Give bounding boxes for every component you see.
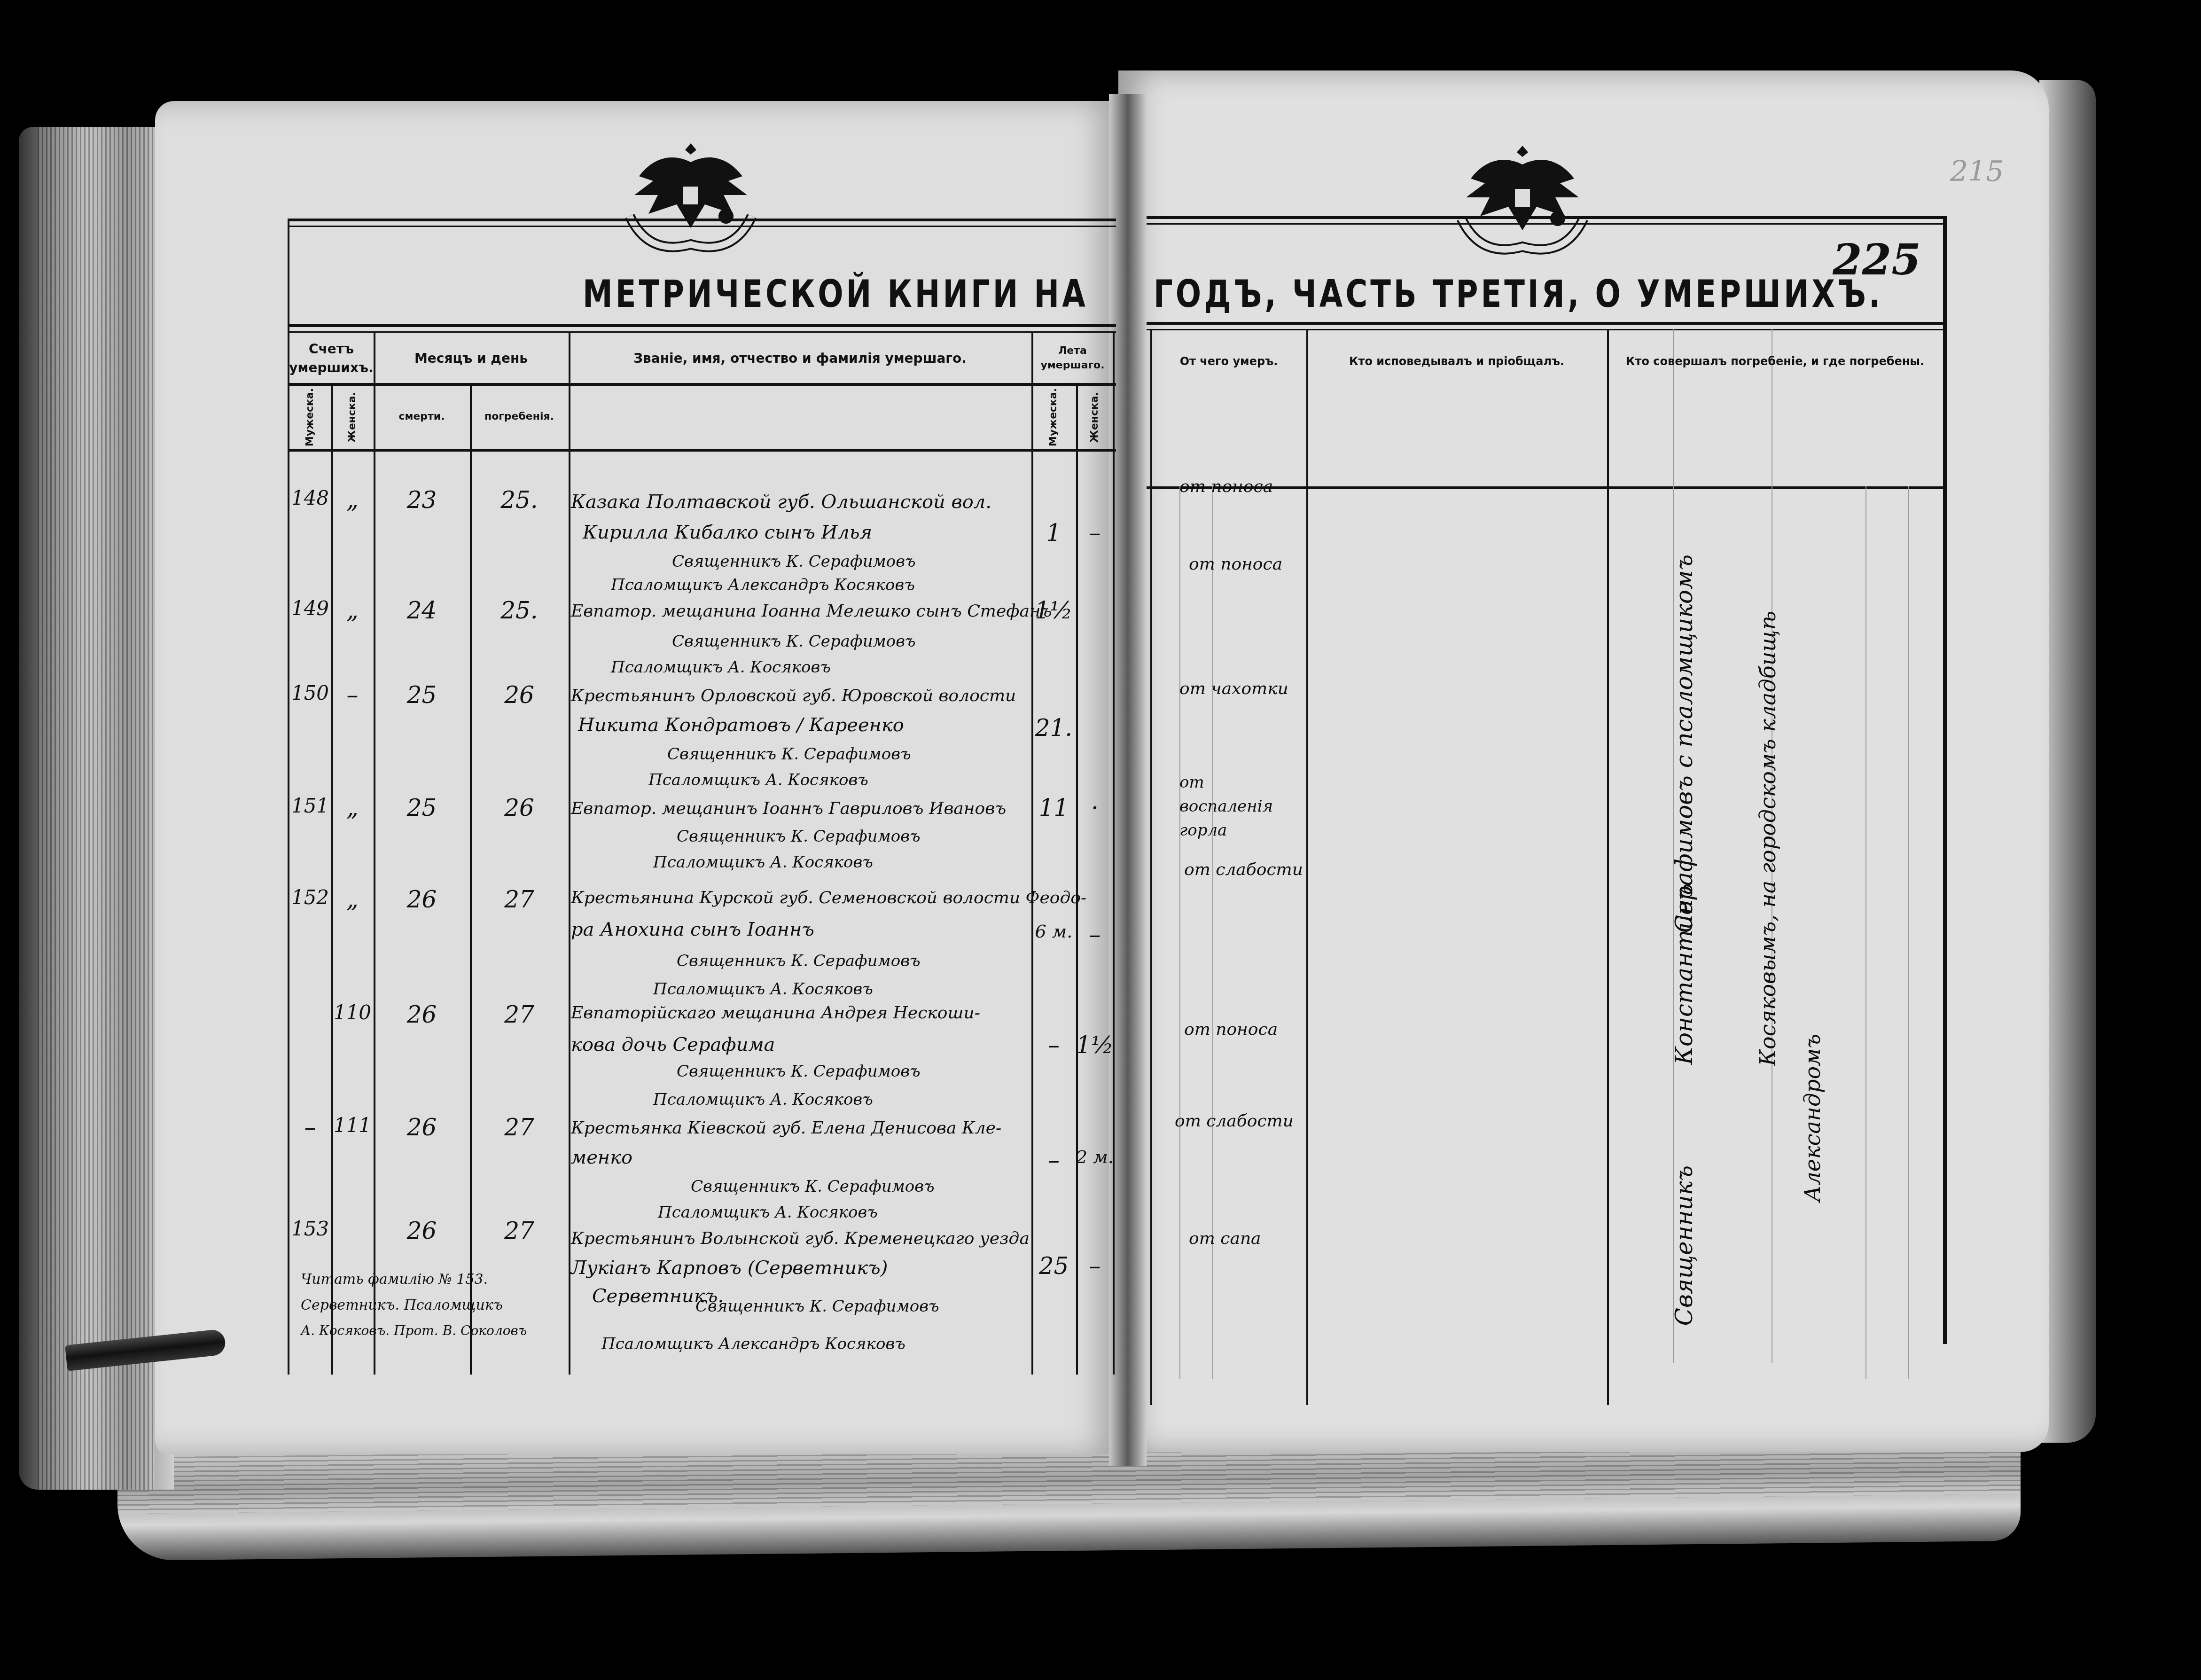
col-divider	[1150, 329, 1152, 1405]
header-age-female: Женска.	[1076, 385, 1114, 449]
header-cause: От чего умеръ.	[1151, 334, 1306, 390]
cause-of-death: от слабости	[1184, 860, 1303, 879]
death-day: 26	[374, 1114, 470, 1141]
header-burial: погребенія.	[470, 385, 569, 449]
psalmist-signature: Псаломщикъ А. Косяковъ	[653, 980, 873, 999]
psalmist-signature: Псаломщикъ А. Косяковъ	[653, 853, 873, 872]
psalmist-signature: Псаломщикъ А. Косяковъ	[658, 1203, 878, 1222]
burial-day: 26	[470, 681, 569, 709]
book-page-edges-left	[19, 127, 174, 1490]
burial-day: 27	[470, 1114, 569, 1141]
age-female: –	[1076, 1252, 1114, 1280]
right-header-rule	[1147, 322, 1945, 325]
cause-of-death: от воспаленія горла	[1179, 771, 1297, 843]
female-number: „	[331, 794, 374, 821]
priest-signature: Священникъ К. Серафимовъ	[672, 632, 916, 651]
psalmist-signature: Псаломщикъ А. Косяковъ	[611, 658, 831, 677]
priest-signature: Священникъ К. Серафимовъ	[677, 952, 921, 970]
cause-of-death: от поноса	[1179, 477, 1273, 496]
right-top-rule	[1147, 216, 1945, 219]
burial-day: 25.	[470, 597, 569, 624]
burial-day: 27	[470, 1217, 569, 1244]
left-top-rule-thin	[289, 226, 1116, 227]
header-age-male: Мужеска.	[1031, 385, 1076, 449]
header-age: Лета умершаго.	[1031, 334, 1114, 383]
age-male: –	[1031, 1147, 1076, 1174]
right-outer-border	[1943, 216, 1947, 1344]
vertical-note-priest: Священникъ	[1670, 1165, 1698, 1326]
psalmist-signature: Псаломщикъ А. Косяковъ	[653, 1090, 873, 1109]
vertical-note-psalmist: Александромъ	[1800, 1034, 1825, 1202]
col-divider	[331, 383, 333, 1375]
male-number: 152	[289, 886, 331, 909]
age-male: 25	[1031, 1252, 1076, 1280]
faint-col-divider	[1865, 486, 1866, 1379]
age-female: –	[1076, 519, 1114, 547]
death-day: 26	[374, 1217, 470, 1244]
age-female: ·	[1076, 794, 1114, 821]
male-number: 150	[289, 681, 331, 704]
death-day: 26	[374, 886, 470, 913]
cause-of-death: от поноса	[1189, 555, 1282, 574]
male-number: 149	[289, 597, 331, 620]
vertical-note-burial-place: Косяковымъ, на городскомъ кладбищѣ	[1755, 611, 1780, 1066]
burial-day: 26	[470, 794, 569, 821]
priest-signature: Священникъ К. Серафимовъ	[695, 1297, 939, 1316]
margin-note-line: Серветникъ. Псаломщикъ	[301, 1297, 503, 1313]
age-male: 11	[1031, 794, 1076, 821]
burial-day: 27	[470, 886, 569, 913]
age-male: –	[1031, 1031, 1076, 1059]
deceased-name-line: Лукіанъ Карповъ (Серветникъ)	[571, 1257, 888, 1279]
deceased-name-line: ра Анохина сынъ Іоаннъ	[571, 919, 814, 940]
header-count-male: Мужеска.	[289, 385, 331, 449]
age-female: 2 м.	[1076, 1147, 1114, 1167]
priest-signature: Священникъ К. Серафимовъ	[677, 1062, 921, 1081]
age-male: 1	[1031, 519, 1076, 547]
priest-signature: Священникъ К. Серафимовъ	[672, 552, 916, 571]
book-spine	[1109, 94, 1147, 1466]
priest-signature: Священникъ К. Серафимовъ	[667, 745, 911, 764]
death-day: 25	[374, 794, 470, 821]
deceased-name-line: Крестьянина Курской губ. Семеновской вол…	[571, 888, 1086, 907]
faint-col-divider	[1908, 486, 1909, 1379]
double-headed-eagle-icon	[1452, 136, 1593, 263]
age-male: 6 м.	[1031, 921, 1076, 942]
header-confessor: Кто исповедывалъ и пріобщалъ.	[1306, 334, 1607, 390]
col-divider	[1306, 329, 1308, 1405]
priest-signature: Священникъ К. Серафимовъ	[691, 1177, 935, 1196]
col-divider	[1113, 331, 1115, 1375]
male-number: 151	[289, 794, 331, 817]
psalmist-signature: Псаломщикъ Александръ Косяковъ	[611, 576, 915, 594]
col-divider	[1031, 331, 1033, 1375]
header-count-female: Женска.	[331, 385, 374, 449]
burial-day: 25.	[470, 486, 569, 514]
deceased-name-line: Евпатор. мещанинъ Іоаннъ Гавриловъ Ивано…	[571, 799, 1006, 818]
cause-of-death: от сапа	[1189, 1229, 1261, 1248]
header-name: Званіе, имя, отчество и фамилія умершаго…	[569, 334, 1031, 383]
header-death: смерти.	[374, 385, 470, 449]
deceased-name-line: Крестьянинъ Орловской губ. Юровской воло…	[571, 686, 1016, 705]
male-number: 153	[289, 1217, 331, 1240]
cause-of-death: от чахотки	[1179, 679, 1288, 698]
female-number: 110	[331, 1001, 374, 1024]
header-burial-by: Кто совершалъ погребеніе, и где погребен…	[1607, 334, 1943, 390]
death-day: 23	[374, 486, 470, 514]
psalmist-signature: Псаломщикъ А. Косяковъ	[648, 771, 868, 789]
cause-of-death: от поноса	[1184, 1020, 1278, 1039]
vertical-note-firstname: Константинъ	[1670, 883, 1698, 1065]
deceased-name-line: Никита Кондратовъ / Кареенко	[578, 714, 904, 736]
deceased-name-line: Казака Полтавской губ. Ольшанской вол.	[571, 491, 991, 513]
header-count: Счетъ умершихъ.	[289, 334, 374, 383]
faint-col-divider	[1179, 486, 1180, 1379]
age-male: 21.	[1031, 714, 1076, 742]
death-day: 25	[374, 681, 470, 709]
age-female: 1½	[1076, 1031, 1114, 1059]
margin-note-line: Читать фамилію № 153.	[301, 1271, 488, 1288]
deceased-name-line: Крестьянинъ Волынской губ. Кременецкаго …	[571, 1229, 1030, 1248]
deceased-name-line: Евпаторійскаго мещанина Андрея Нескоши-	[571, 1003, 980, 1023]
left-top-rule	[289, 219, 1116, 221]
header-month-day: Месяцъ и день	[374, 334, 569, 383]
priest-signature: Священникъ К. Серафимовъ	[677, 827, 921, 846]
female-number: „	[331, 886, 374, 913]
female-number: 111	[331, 1114, 374, 1137]
cause-of-death: от слабости	[1175, 1111, 1294, 1131]
title-right: ГОДЪ, ЧАСТЬ ТРЕТІЯ, О УМЕРШИХЪ.	[1154, 273, 1883, 316]
age-female: –	[1076, 921, 1114, 948]
double-headed-eagle-icon	[620, 134, 761, 261]
left-header-rule-thin	[289, 331, 1116, 333]
age-male: 1½	[1031, 597, 1076, 624]
death-day: 24	[374, 597, 470, 624]
left-header-rule	[289, 324, 1116, 327]
burial-day: 27	[470, 1001, 569, 1028]
title-left: МЕТРИЧЕСКОЙ КНИГИ НА	[583, 273, 1088, 316]
margin-note-line: А. Косяковъ. Прот. В. Соколовъ	[301, 1323, 527, 1338]
male-number: –	[289, 1114, 331, 1141]
col-divider	[569, 331, 570, 1375]
female-number: „	[331, 597, 374, 624]
female-number: „	[331, 486, 374, 514]
female-number: –	[331, 681, 374, 709]
right-header-rule-thin	[1147, 329, 1945, 330]
deceased-name-line: Евпатор. мещанина Іоанна Мелешко сынъ Ст…	[571, 602, 1052, 621]
deceased-name-line: Кирилла Кибалко сынъ Илья	[583, 522, 872, 543]
death-day: 26	[374, 1001, 470, 1028]
deceased-name-line: кова дочь Серафима	[571, 1034, 775, 1055]
psalmist-signature: Псаломщикъ Александръ Косяковъ	[601, 1335, 905, 1353]
left-body-rule	[289, 449, 1116, 452]
deceased-name-line: менко	[571, 1147, 632, 1168]
vertical-note-surname: Серафимовъ с псаломщикомъ	[1670, 555, 1698, 933]
male-number: 148	[289, 486, 331, 509]
archive-folio-number: 215	[1950, 155, 2004, 188]
deceased-name-line: Крестьянка Кіевской губ. Елена Денисова …	[571, 1118, 1001, 1138]
col-divider	[1607, 329, 1609, 1405]
right-top-rule-thin	[1147, 223, 1945, 225]
